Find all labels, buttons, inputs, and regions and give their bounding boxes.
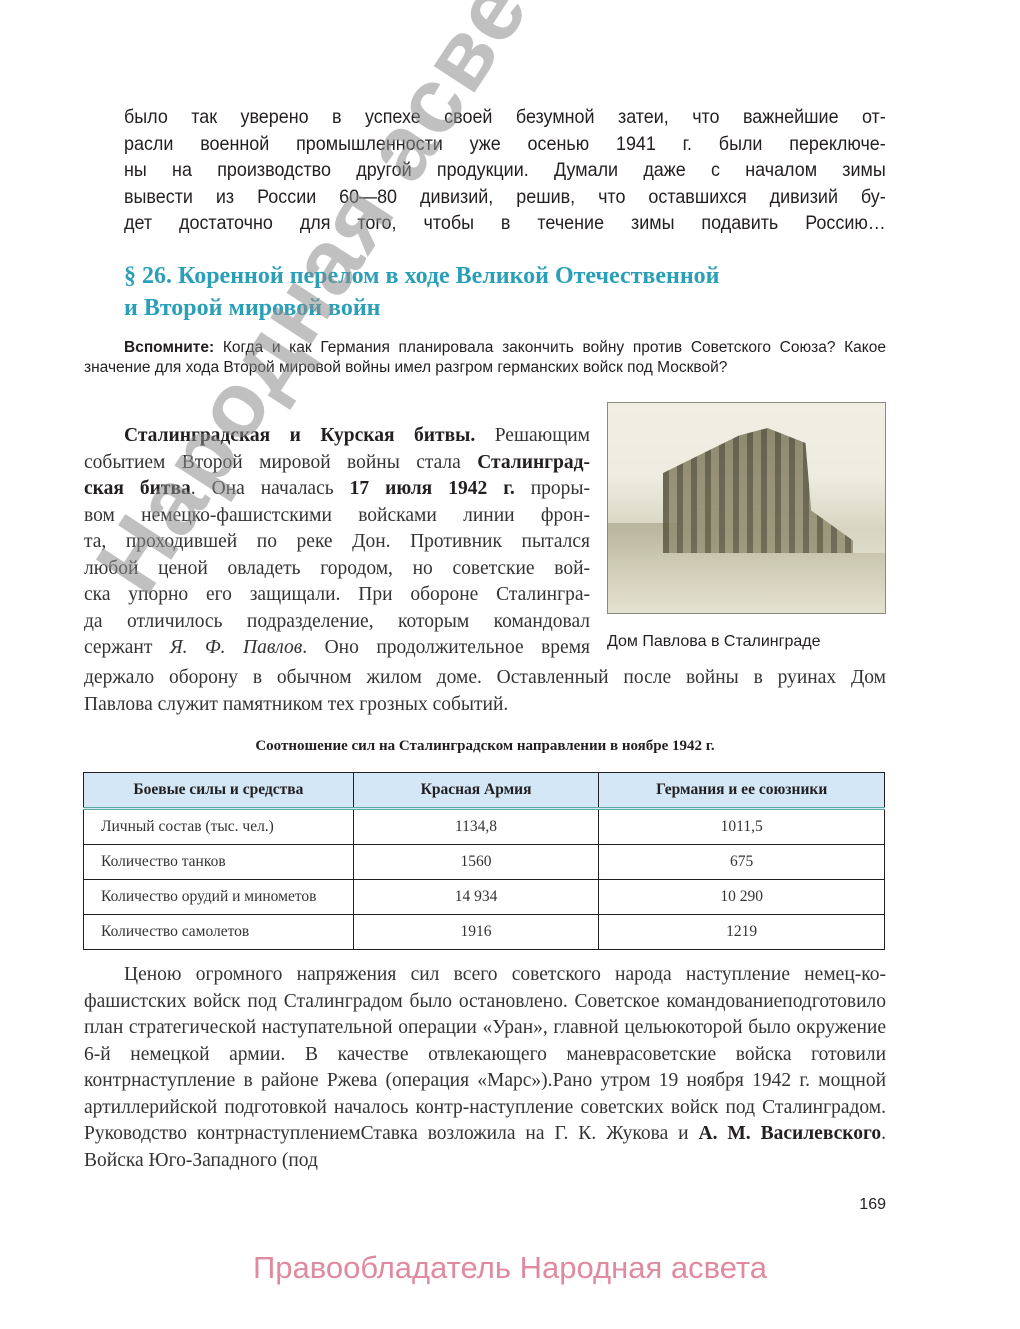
- column-header: Красная Армия: [353, 773, 599, 809]
- table-caption: Соотношение сил на Сталинградском направ…: [84, 736, 886, 756]
- bold-term: А. М. Василевского: [699, 1123, 882, 1144]
- column-header: Боевые силы и средства: [84, 773, 354, 809]
- paragraph-stalingrad: Сталинградская и Курская битвы. Решающим…: [84, 423, 590, 662]
- red-army-value: 1916: [353, 915, 599, 950]
- text-run: проры-: [515, 478, 590, 499]
- text-line: ска упорно его защищали. При обороне Ста…: [84, 582, 590, 609]
- pavlov-house-photo: [607, 402, 886, 614]
- text-run: та, проходившей по реке Дон. Противник п…: [84, 531, 590, 552]
- red-army-value: 1134,8: [353, 809, 599, 845]
- paragraph-counteroffensive: Ценою огромного напряжения сил всего сов…: [84, 962, 886, 1174]
- row-label: Количество орудий и минометов: [84, 880, 354, 915]
- paragraph-stalingrad-continuation: держало оборону в обычном жилом доме. Ос…: [84, 665, 886, 718]
- text-run: ска упорно его защищали. При обороне Ста…: [84, 584, 590, 605]
- table-header-row: Боевые силы и средства Красная Армия Гер…: [84, 773, 885, 809]
- text-line: Павлова служит памятником тех грозных со…: [84, 694, 508, 715]
- section-title-line: § 26. Коренной перелом в ходе Великой От…: [124, 260, 844, 292]
- row-label: Личный состав (тыс. чел.): [84, 809, 354, 845]
- text-run: Решающим: [475, 425, 590, 446]
- photo-caption: Дом Павлова в Сталинграде: [607, 632, 887, 652]
- red-army-value: 1560: [353, 845, 599, 880]
- table-row: Количество самолетов 1916 1219: [84, 915, 885, 950]
- table-row: Количество танков 1560 675: [84, 845, 885, 880]
- text-line: событием Второй мировой войны стала Стал…: [84, 450, 590, 477]
- text-run: сержант: [84, 637, 170, 658]
- section-title: § 26. Коренной перелом в ходе Великой От…: [124, 260, 844, 324]
- row-label: Количество самолетов: [84, 915, 354, 950]
- text-line: Ценою огромного напряжения сил всего сов…: [84, 964, 861, 985]
- section-title-line: и Второй мировой войн: [124, 292, 844, 324]
- text-run: . Она началась: [191, 478, 350, 499]
- text-line: вом немецко-фашистскими войсками линии ф…: [84, 503, 590, 530]
- intro-line: вывести из России 60—80 дивизий, решив, …: [124, 184, 886, 211]
- intro-quote: было так уверено в успехе своей безумной…: [124, 104, 886, 237]
- table-row: Личный состав (тыс. чел.) 1134,8 1011,5: [84, 809, 885, 845]
- text-run: Ставка возложила на Г. К. Жукова и: [361, 1123, 699, 1144]
- text-run: да отличилось подразделение, которым ком…: [84, 611, 590, 632]
- row-label: Количество танков: [84, 845, 354, 880]
- copyright-footer: Правообладатель Народная асвета: [0, 1250, 1020, 1286]
- recall-prompt: Вспомните: Когда и как Германия планиров…: [84, 338, 886, 378]
- text-line: сержант Я. Ф. Павлов. Оно продолжительно…: [84, 635, 590, 662]
- bold-term: Сталинградская и Курская битвы.: [124, 425, 475, 446]
- text-line: Сталинградская и Курская битвы. Решающим: [84, 423, 590, 450]
- text-run: . Оно продолжительное время: [302, 637, 590, 658]
- bold-term: Сталинград-: [477, 452, 590, 473]
- textbook-page: было так уверено в успехе своей безумной…: [0, 0, 1020, 1329]
- text-line: да отличилось подразделение, которым ком…: [84, 609, 590, 636]
- text-run: любой ценой овладеть городом, но советск…: [84, 558, 590, 579]
- forces-table: Боевые силы и средства Красная Армия Гер…: [83, 772, 885, 950]
- column-header: Германия и ее союзники: [599, 773, 885, 809]
- bold-term: ская битва: [84, 478, 191, 499]
- intro-line: дет достаточно для того, чтобы в течение…: [124, 210, 886, 237]
- italic-name: Я. Ф. Павлов: [170, 637, 302, 658]
- text-run: вом немецко-фашистскими войсками линии ф…: [84, 505, 590, 526]
- germany-value: 1219: [599, 915, 885, 950]
- germany-value: 10 290: [599, 880, 885, 915]
- recall-label: Вспомните:: [124, 339, 214, 356]
- bold-term: 17 июля 1942 г.: [350, 478, 515, 499]
- intro-line: ны на производство другой продукции. Дум…: [124, 157, 886, 184]
- page-number: 169: [840, 1196, 886, 1214]
- text-run: Ценою огромного напряжения сил всего сов…: [124, 964, 861, 985]
- text-run: событием Второй мировой войны стала: [84, 452, 477, 473]
- text-line: держало оборону в обычном жилом доме. Ос…: [84, 665, 886, 692]
- intro-line: расли военной промышленности уже осенью …: [124, 131, 886, 158]
- text-line: та, проходившей по реке Дон. Противник п…: [84, 529, 590, 556]
- text-line: любой ценой овладеть городом, но советск…: [84, 556, 590, 583]
- red-army-value: 14 934: [353, 880, 599, 915]
- photo-rubble: [608, 553, 885, 613]
- text-line: ская битва. Она началась 17 июля 1942 г.…: [84, 476, 590, 503]
- germany-value: 675: [599, 845, 885, 880]
- table-row: Количество орудий и минометов 14 934 10 …: [84, 880, 885, 915]
- germany-value: 1011,5: [599, 809, 885, 845]
- intro-line: было так уверено в успехе своей безумной…: [124, 104, 886, 131]
